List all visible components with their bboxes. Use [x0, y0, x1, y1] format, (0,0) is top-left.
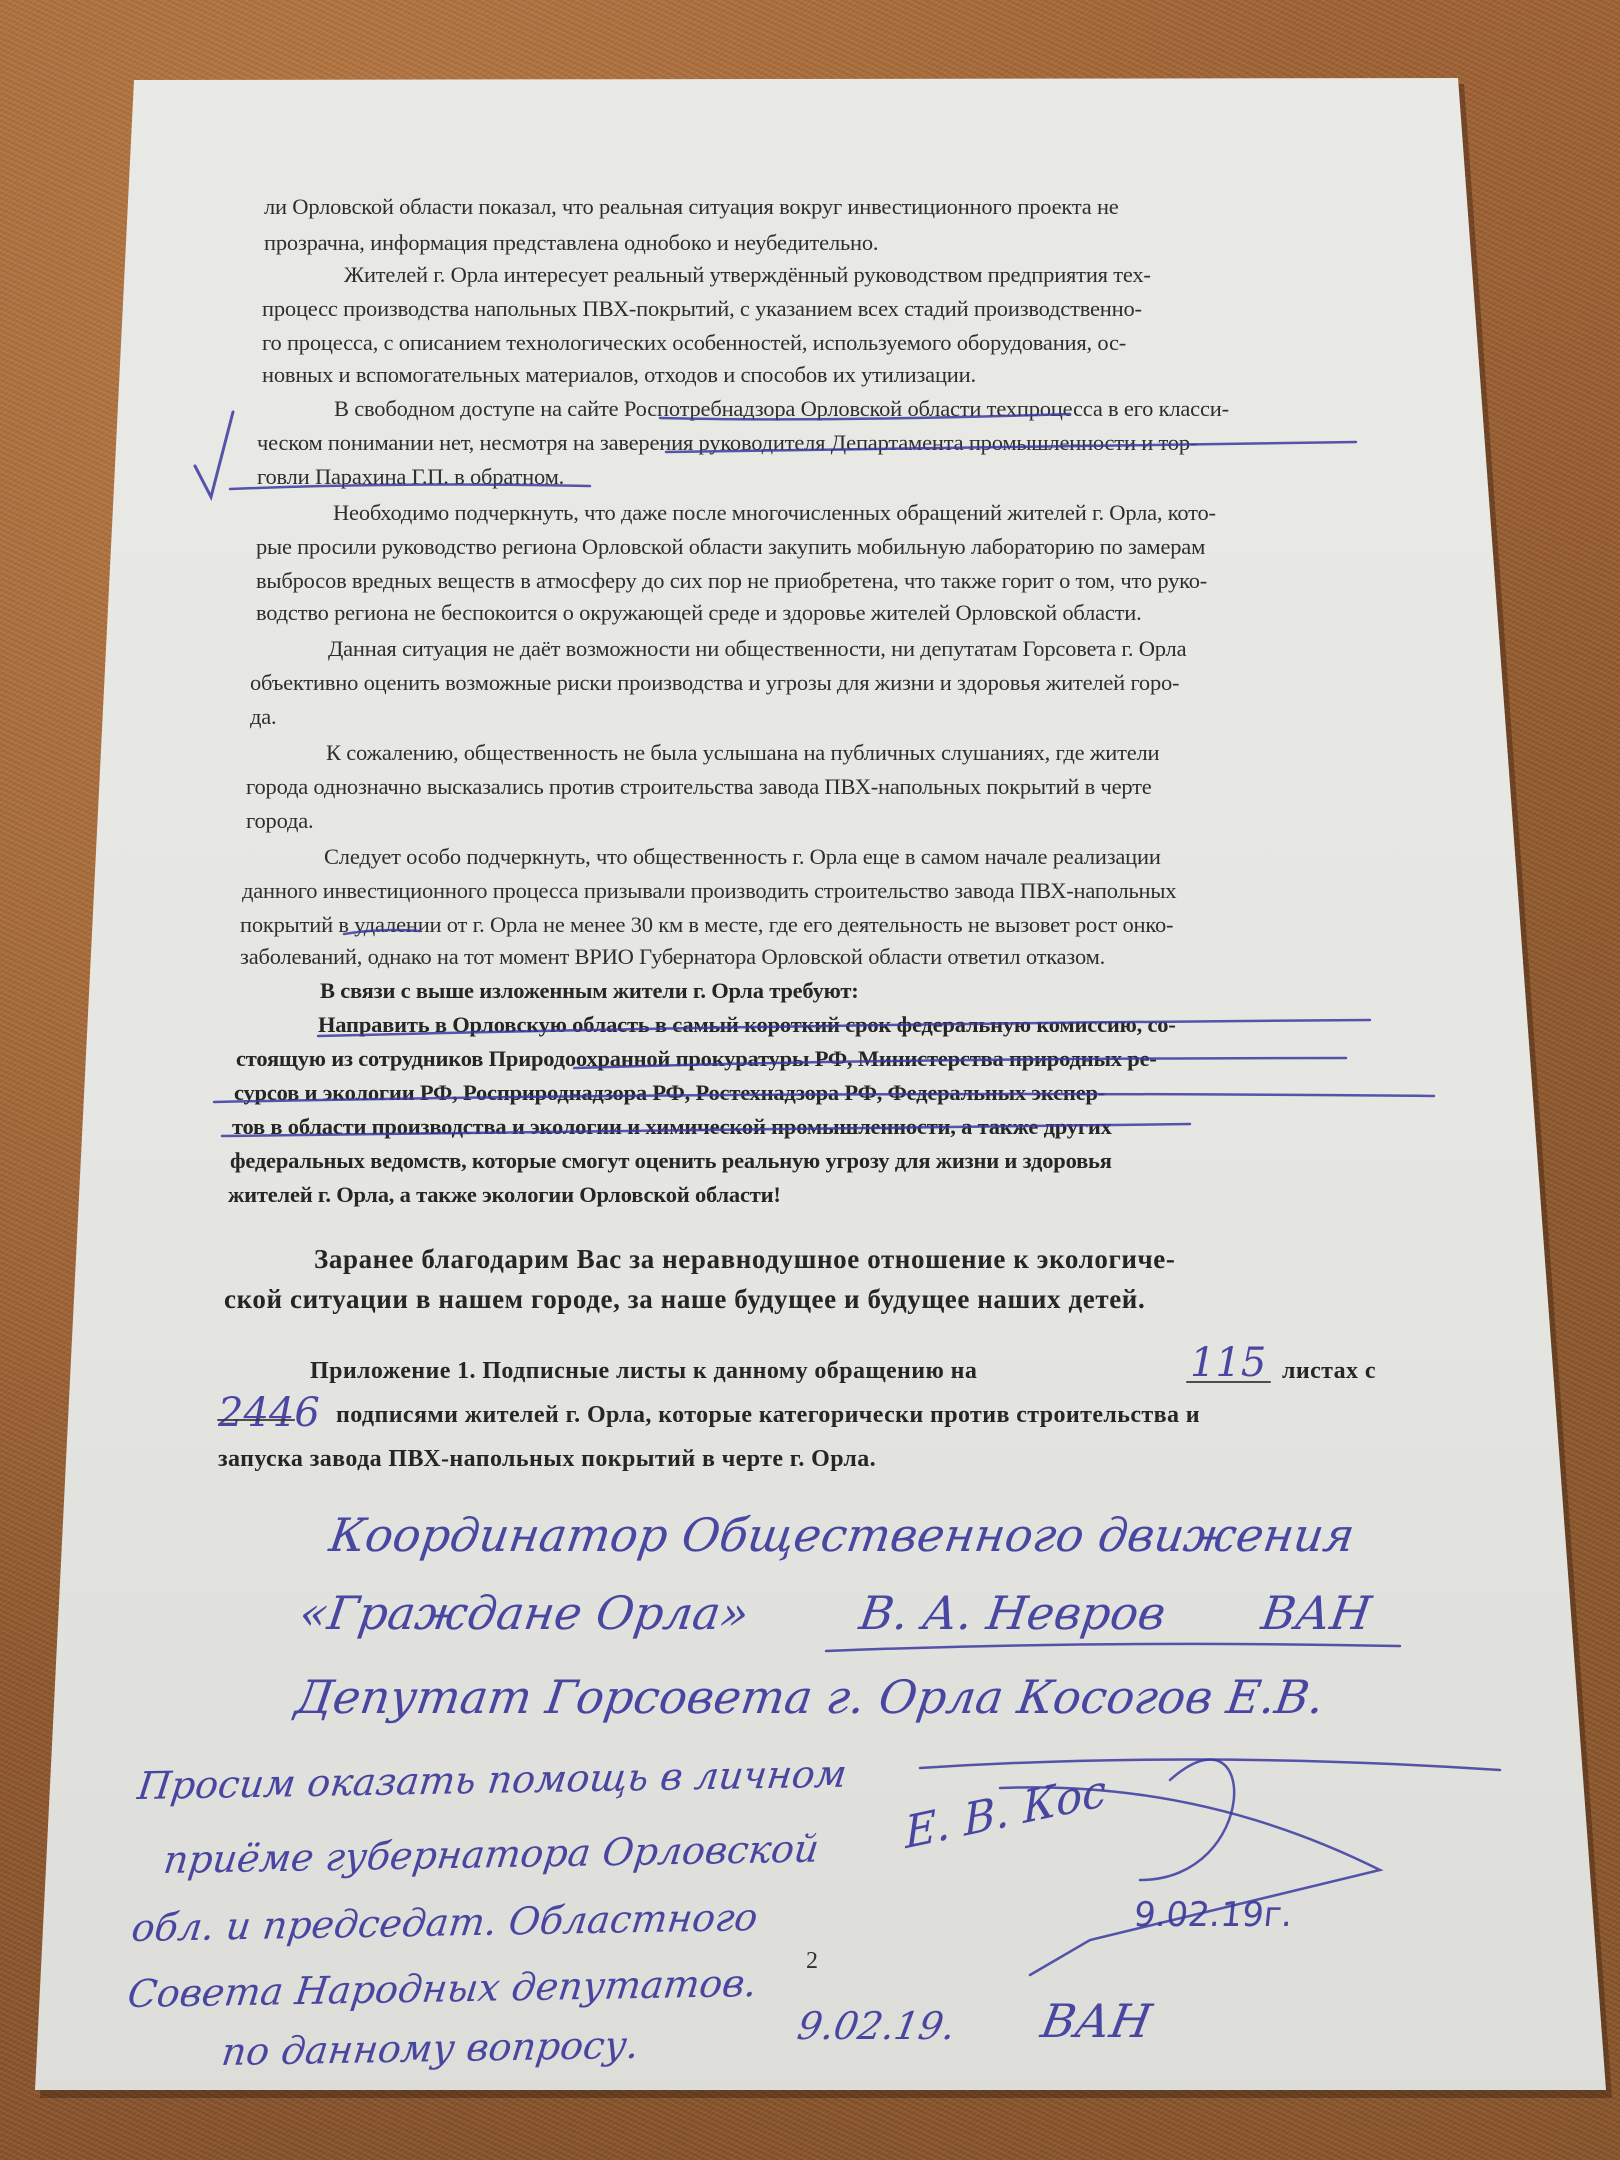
handwritten-coordinator-line: Координатор Общественного движения — [326, 1508, 1358, 1562]
demand-line: жителей г. Орла, а также экологии Орловс… — [228, 1182, 781, 1208]
handwritten-nevrov-initials: ВАН — [1258, 1586, 1374, 1640]
text-line: водство региона не беспокоится о окружаю… — [256, 600, 1142, 626]
text-line: В свободном доступе на сайте Роспотребна… — [334, 396, 1229, 422]
demand-line: стоящую из сотрудников Природоохранной п… — [236, 1046, 1157, 1072]
nevrov-signature: ВАН — [1037, 1994, 1155, 2048]
handwritten-request-line: Совета Народных депутатов. — [125, 1961, 759, 2016]
text-line: данного инвестиционного процесса призыва… — [242, 878, 1176, 904]
text-line: говли Парахина Г.П. в обратном. — [257, 464, 564, 490]
demands-heading: В связи с выше изложенным жители г. Орла… — [320, 978, 859, 1004]
kosogov-date: 9.02.19г. — [1132, 1895, 1295, 1935]
demand-line: тов в области производства и экологии и … — [232, 1114, 1112, 1140]
kosogov-signature: Е. В. Кос — [904, 1765, 1107, 1860]
text-line: Жителей г. Орла интересует реальный утве… — [344, 262, 1151, 288]
thanks-line: Заранее благодарим Вас за неравнодушное … — [314, 1244, 1175, 1275]
handwritten-request-line: обл. и председат. Областного — [129, 1895, 760, 1950]
text-line: выбросов вредных веществ в атмосферу до … — [256, 568, 1207, 594]
text-line: покрытий в удалении от г. Орла не менее … — [240, 912, 1173, 938]
text-line: Следует особо подчеркнуть, что обществен… — [324, 844, 1161, 870]
appendix-text: Приложение 1. Подписные листы к данному … — [310, 1358, 977, 1385]
thanks-line: ской ситуации в нашем городе, за наше бу… — [224, 1284, 1145, 1315]
text-line: Необходимо подчеркнуть, что даже после м… — [333, 500, 1216, 526]
demand-line: сурсов и экологии РФ, Росприроднадзора Р… — [234, 1080, 1105, 1106]
checkmark-icon — [195, 412, 233, 497]
demand-line: федеральных ведомств, которые смогут оце… — [230, 1148, 1112, 1174]
handwritten-request-line: приёме губернатора Орловской — [161, 1827, 821, 1883]
handwritten-request-line: Просим оказать помощь в личном — [135, 1752, 849, 1808]
handwritten-deputy-line: Депутат Горсовета г. Орла Косогов Е.В. — [292, 1670, 1327, 1724]
text-line: объективно оценить возможные риски произ… — [250, 670, 1179, 696]
handwritten-request-line: по данному вопросу. — [219, 2023, 641, 2074]
text-line: города однозначно высказались против стр… — [246, 774, 1152, 800]
text-line: рые просили руководство региона Орловско… — [256, 534, 1205, 560]
text-line: да. — [250, 704, 276, 730]
text-line: ли Орловской области показал, что реальн… — [264, 194, 1119, 220]
appendix-text: запуска завода ПВХ-напольных покрытий в … — [218, 1446, 876, 1473]
handwritten-nevrov-name: В. А. Невров — [856, 1586, 1169, 1640]
appendix-text: листах с — [1282, 1358, 1376, 1385]
text-line: К сожалению, общественность не была услы… — [326, 740, 1159, 766]
appendix-text: подписями жителей г. Орла, которые катег… — [336, 1402, 1200, 1429]
demand-line: Направить в Орловскую область в самый ко… — [318, 1012, 1176, 1038]
page-number: 2 — [806, 1948, 818, 1975]
text-line: новных и вспомогательных материалов, отх… — [262, 362, 976, 388]
text-line: ческом понимании нет, несмотря на завере… — [257, 430, 1197, 456]
text-line: процесс производства напольных ПВХ-покры… — [262, 296, 1142, 322]
text-line: заболеваний, однако на тот момент ВРИО Г… — [240, 944, 1105, 970]
nevrov-date: 9.02.19. — [794, 2004, 959, 2048]
handwritten-org-name: «Граждане Орла» — [296, 1586, 752, 1640]
text-line: го процесса, с описанием технологических… — [262, 330, 1126, 356]
text-line: города. — [246, 808, 313, 834]
text-line: прозрачна, информация представлена одноб… — [264, 230, 878, 256]
sheets-count-handwritten: 115 — [1190, 1340, 1266, 1386]
text-line: Данная ситуация не даёт возможности ни о… — [328, 636, 1186, 662]
signatures-count-handwritten: 2446 — [218, 1390, 320, 1436]
document-page: ли Орловской области показал, что реальн… — [0, 0, 1620, 2160]
